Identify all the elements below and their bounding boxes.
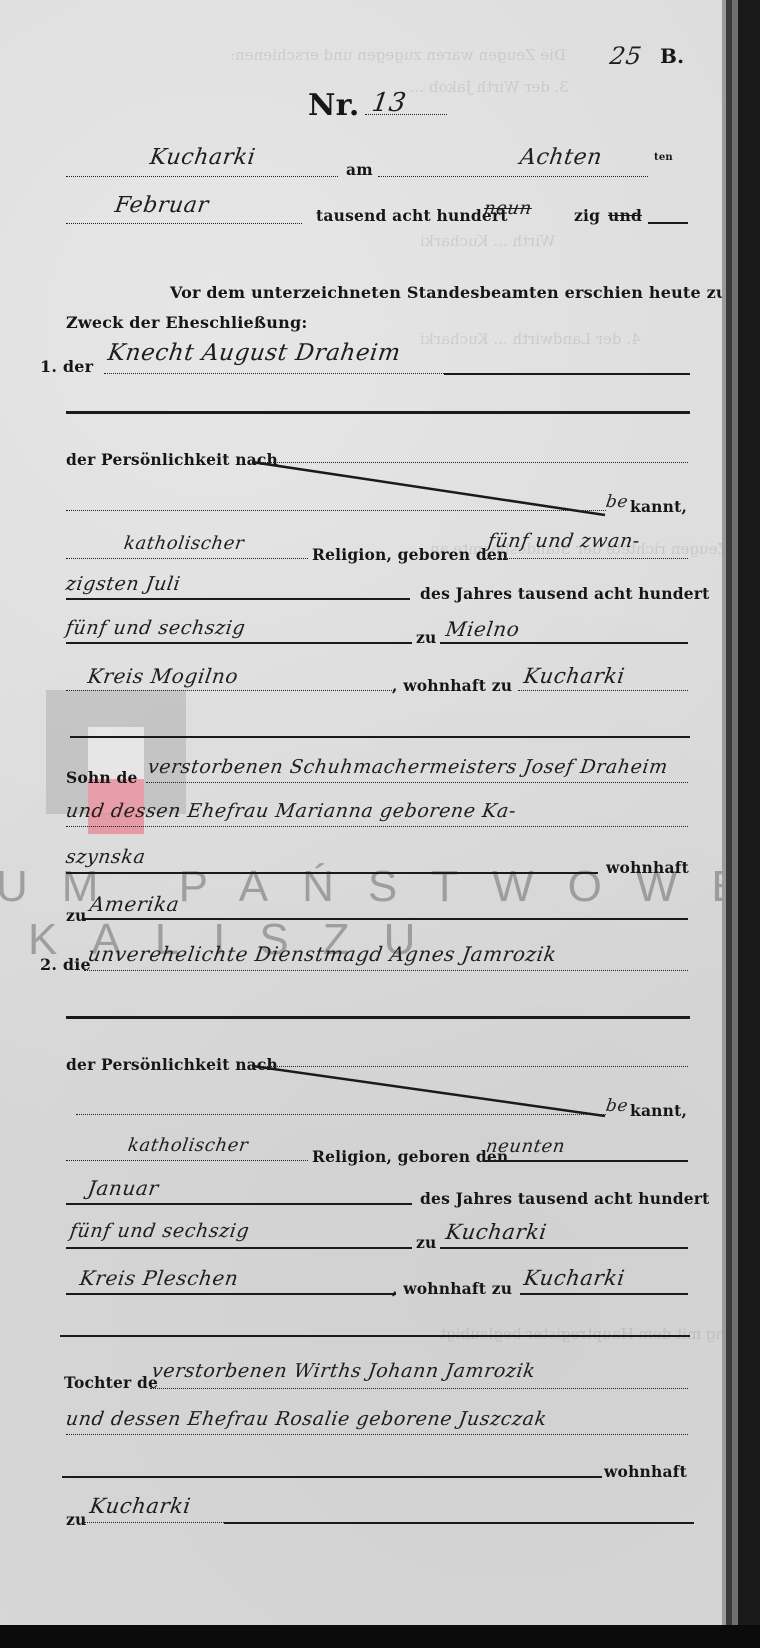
bride-name: unverehelichte Dienstmagd Agnes Jamrozik	[86, 942, 558, 966]
groom-residence-label: , wohnhaft zu	[392, 676, 512, 695]
bride-birth-year: fünf und sechszig	[68, 1220, 250, 1242]
place-value: Kucharki	[148, 145, 257, 170]
bride-birth-day: neunten	[485, 1136, 567, 1157]
rule	[60, 1335, 690, 1337]
rule	[66, 1434, 688, 1435]
rule	[66, 411, 690, 414]
bride-birth-place: Kucharki	[444, 1220, 548, 1244]
bride-known-prefix: be	[605, 1096, 630, 1116]
year-print-2: zig	[574, 206, 600, 225]
rule	[66, 176, 338, 177]
month-value: Februar	[113, 193, 210, 218]
am-label: am	[346, 160, 373, 179]
rule	[84, 918, 688, 920]
groom-religion-label: Religion, geboren den	[312, 545, 508, 564]
year-print-1: tausend acht hundert	[316, 206, 508, 225]
bleed-through-text: Die Zeugen waren zugegen und erschienen:	[230, 46, 566, 64]
rule	[70, 736, 690, 738]
groom-residence: Kucharki	[522, 664, 626, 688]
bride-residence: Kucharki	[522, 1266, 626, 1290]
rule	[146, 782, 688, 783]
record-number-label: Nr.	[308, 88, 360, 123]
groom-parents-residence-label: wohnhaft	[606, 858, 689, 877]
rule	[66, 872, 598, 874]
rule	[66, 510, 606, 511]
day-value: Achten	[518, 145, 604, 170]
groom-birth-year: fünf und sechszig	[64, 617, 246, 639]
rule	[440, 642, 688, 644]
rule	[444, 373, 690, 375]
bride-religion-label: Religion, geboren den	[312, 1147, 508, 1166]
book-spine	[738, 0, 760, 1648]
rule	[66, 1247, 412, 1249]
rule	[62, 1476, 602, 1478]
bleed-through-text: 3. der Wirth Jakob ...	[410, 78, 569, 96]
rule	[76, 1114, 606, 1115]
bottom-border	[0, 1625, 760, 1648]
intro-line-1: Vor dem unterzeichneten Standesbeamten e…	[170, 283, 745, 302]
groom-known-label: kannt,	[630, 497, 687, 516]
bride-parents-line-2: und dessen Ehefrau Rosalie geborene Jusz…	[64, 1408, 548, 1430]
bride-parents-residence-label: wohnhaft	[604, 1462, 687, 1481]
rule	[484, 1160, 688, 1162]
rule	[66, 690, 394, 691]
groom-zu-label: zu	[416, 628, 436, 647]
bride-residence-label: , wohnhaft zu	[392, 1279, 512, 1298]
rule	[66, 1203, 412, 1205]
groom-birth-place: Mielno	[444, 617, 521, 641]
document-page: Die Zeugen waren zugegen und erschienen:…	[0, 0, 722, 1625]
rule	[224, 1522, 694, 1524]
groom-parents-line-1: verstorbenen Schuhmachermeisters Josef D…	[146, 756, 669, 778]
bride-religion: katholischer	[127, 1135, 250, 1156]
groom-parents-residence: Amerika	[88, 892, 181, 916]
rule	[66, 1016, 690, 1019]
page-number: 25	[608, 42, 644, 70]
groom-number: 1. der	[40, 357, 93, 376]
rule	[484, 558, 688, 559]
rule	[104, 373, 444, 374]
bride-birth-month: Januar	[86, 1176, 160, 1200]
rule	[66, 1160, 308, 1161]
groom-birth-month: zigsten Juli	[64, 573, 181, 595]
groom-parents-line-3: szynska	[64, 846, 147, 868]
day-suffix: ten	[654, 152, 673, 163]
bride-parents-zu-label: zu	[66, 1510, 86, 1529]
rule	[66, 558, 308, 559]
groom-personality-label: der Persönlichkeit nach	[66, 450, 278, 469]
rule	[378, 176, 648, 177]
groom-name: Knecht August Draheim	[106, 340, 402, 366]
groom-birth-day: fünf und zwan-	[486, 530, 641, 552]
rule	[648, 222, 688, 224]
bleed-through-text: 4. der Landwirth ... Kucharki	[420, 330, 641, 348]
groom-parents-zu-label: zu	[66, 906, 86, 925]
groom-personality-strike	[250, 460, 610, 520]
bleed-through-text: Wirth ... Kucharki	[420, 232, 555, 250]
bride-parents-residence: Kucharki	[88, 1494, 192, 1518]
bride-number: 2. die	[40, 955, 91, 974]
rule	[66, 598, 410, 600]
rule	[518, 690, 688, 691]
bride-parent-label: Tochter de	[64, 1373, 158, 1392]
rule	[520, 1293, 688, 1295]
rule	[84, 970, 688, 971]
intro-line-2: Zweck der Eheschließung:	[66, 313, 307, 332]
groom-parent-label: Sohn de	[66, 768, 138, 787]
page-suffix: B.	[660, 44, 684, 68]
year-print-3: und	[608, 206, 642, 225]
rule	[66, 1293, 396, 1295]
groom-district: Kreis Mogilno	[86, 664, 240, 688]
rule	[66, 223, 302, 224]
rule	[365, 114, 447, 115]
bride-parents-line-1: verstorbenen Wirths Johann Jamrozik	[150, 1360, 536, 1382]
bride-personality-strike	[250, 1064, 610, 1124]
bride-personality-label: der Persönlichkeit nach	[66, 1055, 278, 1074]
year-decade-value: neun	[483, 198, 534, 219]
groom-known-prefix: be	[605, 492, 630, 512]
groom-religion: katholischer	[123, 533, 246, 554]
bride-year-label: des Jahres tausend acht hundert	[420, 1189, 710, 1208]
groom-year-label: des Jahres tausend acht hundert	[420, 584, 710, 603]
bride-zu-label: zu	[416, 1233, 436, 1252]
rule	[440, 1247, 688, 1249]
rule	[150, 1388, 688, 1389]
rule	[66, 642, 412, 644]
bleed-through-text: Die Uebereinstimmung mit dem Hauptregist…	[440, 1325, 760, 1343]
rule	[66, 826, 688, 827]
bride-known-label: kannt,	[630, 1101, 687, 1120]
bride-district: Kreis Pleschen	[78, 1266, 240, 1290]
rule	[84, 1522, 224, 1523]
groom-parents-line-2: und dessen Ehefrau Marianna geborene Ka-	[64, 800, 517, 822]
